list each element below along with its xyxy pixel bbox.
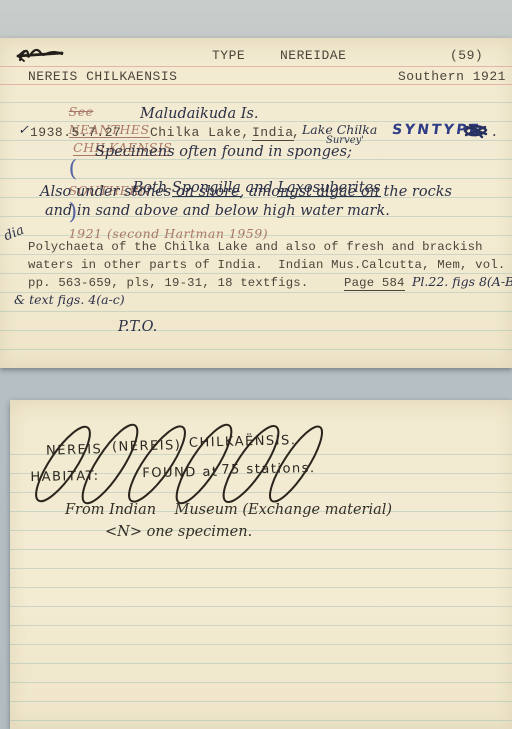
- source-line: From Indian Museum (Exchange material): [65, 502, 392, 518]
- species-title: NEREIS CHILKAENSIS: [28, 69, 177, 84]
- crossed-out-initials-scribble: [16, 44, 76, 66]
- reference-line-3: pp. 563-659, pls, 19-31, 18 textfigs.: [28, 276, 308, 290]
- deletion-loops-scribble: [28, 418, 328, 510]
- register-date: 1938.5.7.27: [30, 125, 121, 140]
- reference-page: Page 584: [344, 276, 405, 291]
- locality-comma: ,: [292, 125, 300, 140]
- card-number: (59): [450, 48, 483, 63]
- scribbled-out-word: [462, 123, 490, 139]
- notes-line-1: Specimens often found in sponges;: [95, 144, 352, 160]
- scanned-index-cards: TYPE NEREIDAE (59) NEREIS CHILKAENSIS So…: [0, 0, 512, 729]
- specimen-line: <N> one specimen.: [105, 524, 252, 540]
- check-mark: ✓: [18, 123, 29, 138]
- locality-typed: Chilka Lake,: [150, 125, 250, 140]
- syntype-period: .: [492, 124, 497, 140]
- notes-line-4: and in sand above and below high water m…: [45, 203, 390, 219]
- reference-plate-hand: Pl.22. figs 8(A-B): [412, 274, 512, 289]
- index-card-front: TYPE NEREIDAE (59) NEREIS CHILKAENSIS So…: [0, 38, 512, 368]
- locality-country: India: [252, 125, 294, 141]
- notes-line-3: Also under stones on shore, amongst alga…: [40, 184, 452, 200]
- family-label: NEREIDAE: [280, 48, 346, 63]
- type-label: TYPE: [212, 48, 245, 63]
- pto-note: P.T.O.: [118, 319, 157, 335]
- reference-textfigs-hand: & text figs. 4(a-c): [14, 292, 125, 307]
- island-name: Maludaikuda Is.: [140, 106, 258, 122]
- reference-line-2: waters in other parts of India. Indian M…: [28, 258, 512, 272]
- index-card-back: NEREIS (NEREIS) CHILKAËNSIS. HABITAT: FO…: [10, 400, 512, 729]
- synonym-see: See: [69, 104, 94, 119]
- author-year: Southern 1921: [398, 69, 506, 84]
- synonym-rest: 1921 (second Hartman 1959): [69, 226, 268, 241]
- reference-line-1: Polychaeta of the Chilka Lake and also o…: [28, 240, 483, 254]
- paren-open: (: [69, 157, 78, 182]
- header-rule-top: [0, 66, 512, 67]
